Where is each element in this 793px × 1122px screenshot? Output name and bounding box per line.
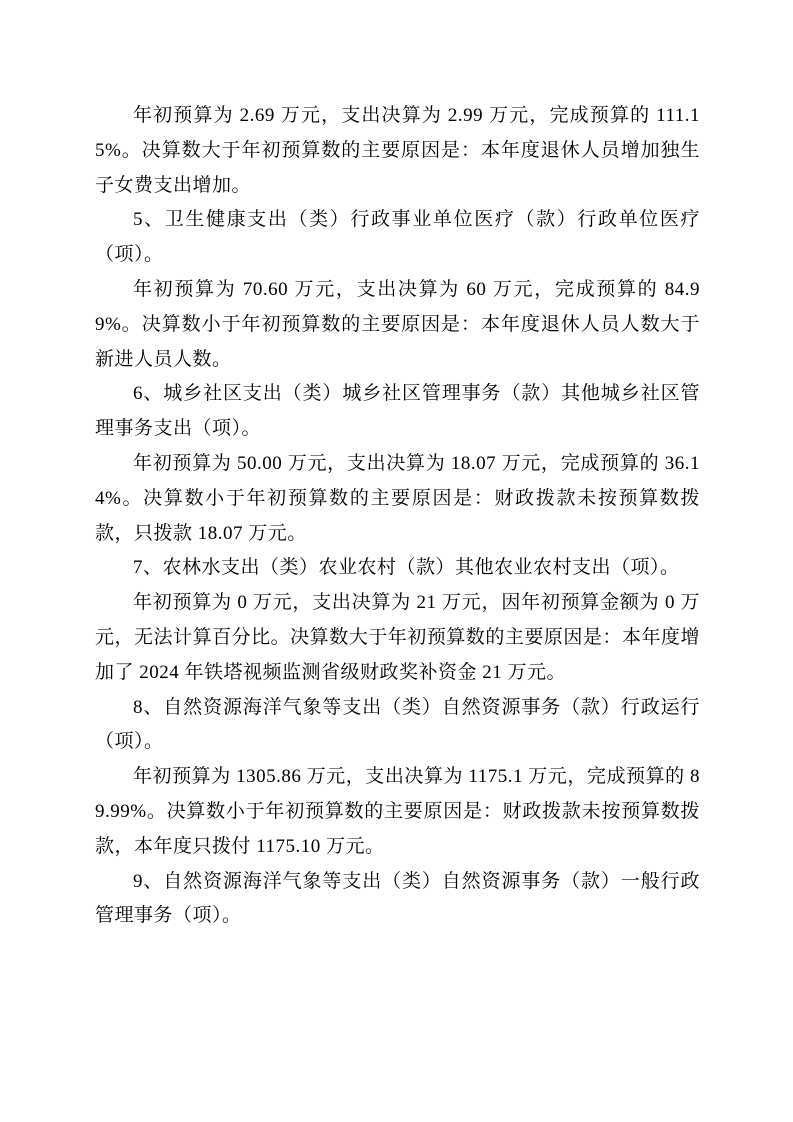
- paragraph-budget-detail: 年初预算为 1305.86 万元，支出决算为 1175.1 万元，完成预算的 8…: [95, 760, 700, 864]
- paragraph-item-9-heading: 9、自然资源海洋气象等支出（类）自然资源事务（款）一般行政管理事务（项）。: [95, 865, 700, 935]
- paragraph-budget-detail: 年初预算为 70.60 万元，支出决算为 60 万元，完成预算的 84.99%。…: [95, 273, 700, 377]
- paragraph-item-5-heading: 5、卫生健康支出（类）行政事业单位医疗（款）行政单位医疗（项）。: [95, 203, 700, 273]
- paragraph-budget-detail: 年初预算为 2.69 万元，支出决算为 2.99 万元，完成预算的 111.15…: [95, 99, 700, 203]
- paragraph-budget-detail: 年初预算为 50.00 万元，支出决算为 18.07 万元，完成预算的 36.1…: [95, 447, 700, 551]
- paragraph-budget-detail: 年初预算为 0 万元，支出决算为 21 万元，因年初预算金额为 0 万元，无法计…: [95, 586, 700, 690]
- document-page: 年初预算为 2.69 万元，支出决算为 2.99 万元，完成预算的 111.15…: [0, 0, 793, 1122]
- paragraph-item-7-heading: 7、农林水支出（类）农业农村（款）其他农业农村支出（项）。: [95, 551, 700, 586]
- document-body: 年初预算为 2.69 万元，支出决算为 2.99 万元，完成预算的 111.15…: [95, 99, 700, 934]
- paragraph-item-8-heading: 8、自然资源海洋气象等支出（类）自然资源事务（款）行政运行（项）。: [95, 691, 700, 761]
- paragraph-item-6-heading: 6、城乡社区支出（类）城乡社区管理事务（款）其他城乡社区管理事务支出（项）。: [95, 377, 700, 447]
